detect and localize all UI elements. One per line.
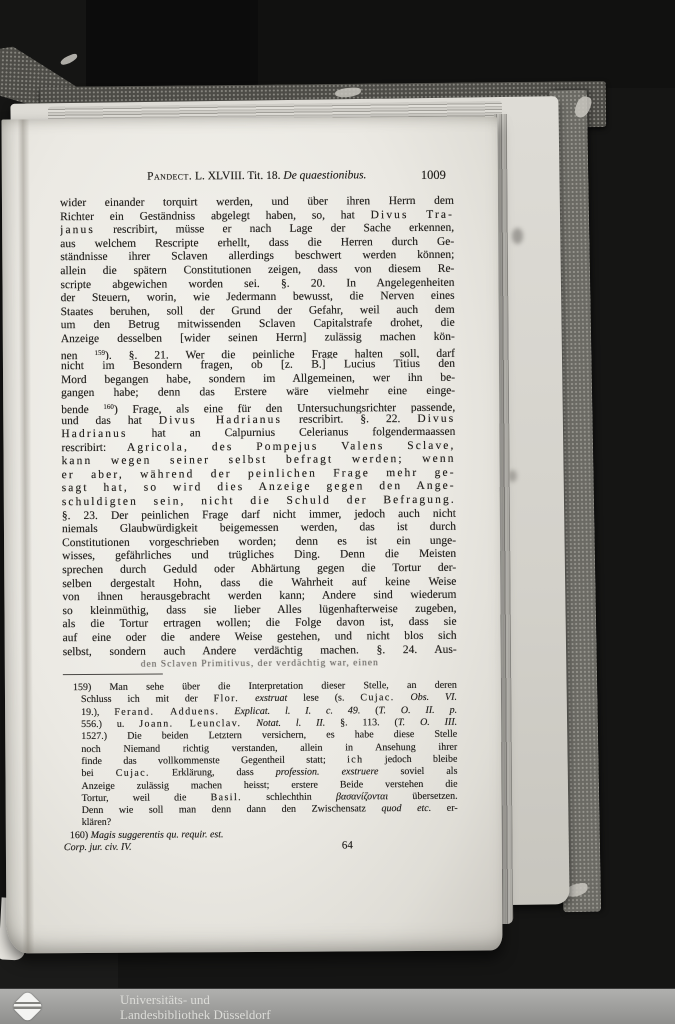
text-segment: 556.) u. [81,719,139,730]
text-segment: rescribirt, müsse er nach Lage der Sache… [95,222,454,236]
text-segment: Magis suggerentis qu. requir. est. [91,829,224,841]
library-name-line2: Landesbibliothek Düsseldorf [120,1007,271,1022]
photo-stage: Pandect. L. XLVIII. Tit. 18. De quaestio… [0,0,675,1024]
text-segment: Anzeige zulässig machen heisst; erstere … [81,778,457,791]
text-segment: Anzeige desselben [wider seinen Herrn] z… [61,331,455,345]
library-footer-bar: Universitäts- und Landesbibliothek Düsse… [0,988,675,1024]
text-segment: schuldigten sein, nicht die Schuld der B… [62,494,456,508]
text-segment: Mord begangen habe, sondern im Allgemein… [61,371,455,385]
text-segment: bende [61,404,103,415]
text-segment: hat an Calpurnius Celerianus folgenderma… [128,426,456,440]
signature-number: 64 [342,840,353,852]
text-segment: Corp. jur. civ. IV. [64,842,132,853]
text-segment: Explicat. l. I. c. 49. [234,705,360,717]
text-segment: aus welchem Rescripte erhellt, dass die … [60,236,454,250]
body-text: wider einander torquirt werden, und über… [60,195,457,660]
text-segment: er aber, während der peinlichen Frage me… [62,467,456,481]
text-segment: Joann. Leunclav. [139,718,241,730]
text-segment: nen [61,349,95,360]
text-segment: auf eine oder die andere Weise gestehen,… [63,630,457,644]
text-segment: T. O. III. [398,717,457,728]
text-segment: 159 [94,348,105,356]
text-segment: so kleinmüthig, dass sie lieber Alles lü… [62,603,456,617]
logo-diamond-icon [11,990,44,1023]
text-segment: 19.), [81,707,114,718]
text-segment: klären? [82,817,112,828]
text-segment: wider einander torquirt werden, und über… [60,195,454,209]
text-segment: exstruat [255,693,287,704]
text-segment [319,767,341,778]
page-stain [512,228,523,244]
text-segment: L. XLVIII. Tit. 18. [192,170,283,183]
text-segment: T. O. II. p. [379,705,458,716]
footnote-line: Corp. jur. civ. IV. [64,840,458,855]
cover-fray [59,53,78,67]
bleedthrough-ghost-text: den Sclaven Primitivus, der verdächtig w… [63,658,457,671]
text-segment: Basil. [211,792,243,803]
text-segment: noch Niemand richtig verstanden, allein … [81,741,457,754]
footnote-rule [63,674,163,676]
text-segment: der Steuern, worin, wie Jedermann bewuss… [61,290,455,304]
text-segment: Erklärung, dass [150,767,276,779]
text-segment: rescribirt: [61,441,127,453]
backdrop-shadow [86,0,258,86]
text-segment: 160) [70,830,91,841]
text-segment: Agricola, des Pompejus Valens Sclave, [127,439,456,453]
text-segment: übersetzen. [388,791,458,802]
text-segment: Divus Hadrianus [159,413,282,426]
text-segment: selben dergestalt Hohn, dass die Wahrhei… [62,575,456,589]
text-segment: Obs. VI. [410,692,457,703]
text-segment: schlechthin [242,791,336,803]
text-segment [219,706,234,717]
text-segment: Cujac. [360,693,394,704]
text-segment: quod etc. [381,803,431,814]
text-segment: §. 23. Der peinlichen Frage darf nicht i… [62,507,456,521]
text-segment: jedoch bleibe [363,754,457,766]
text-segment: von ihnen herausgebracht werden kann; An… [62,589,456,603]
text-segment: finde das vollkommenste Gegentheil statt… [81,754,347,767]
book-page: Pandect. L. XLVIII. Tit. 18. De quaestio… [1,116,502,953]
text-segment: nicht im Besondern fragen, ob [z. B.] Lu… [61,358,455,372]
text-segment: Divus [417,412,455,424]
text-segment: Tortur, weil die [82,792,211,804]
text-segment: Divus Tra- [371,208,455,221]
text-segment: Notat. l. II. [256,718,325,729]
text-segment: Denn wie soll man denn dann den Zwischen… [82,803,382,816]
text-block: Pandect. L. XLVIII. Tit. 18. De quaestio… [60,167,458,855]
ulb-duesseldorf-logo-icon [8,992,50,1022]
text-segment: ich [347,754,363,765]
text-segment: sagt hat, so wird dies Anzeige gegen den… [62,480,456,494]
body-text-line: selbst, sondern auch Andere verdächtig m… [63,643,457,659]
text-segment: 159) Man sehe über die Interpretation di… [73,680,457,693]
text-segment: De quaestionibus. [283,169,366,182]
text-segment: §. 113. ( [325,717,398,728]
text-segment: 1527.) Die beiden Letztern versichern, e… [81,729,457,742]
text-segment [239,693,255,704]
text-segment: 160 [103,403,114,411]
text-segment: soviel als [378,766,457,777]
gutter-crease [17,119,34,953]
text-segment: um den Betrug mitwissenden Sclaven Capit… [61,317,455,331]
text-segment: ständnisse ihrer Sclaven allerdings besc… [60,249,454,263]
text-segment: Hadrianus [61,428,127,440]
text-segment: ( [360,705,378,716]
running-header: Pandect. L. XLVIII. Tit. 18. De quaestio… [60,167,454,185]
text-segment: selbst, sondern auch Andere verdächtig m… [63,643,457,657]
running-title: Pandect. L. XLVIII. Tit. 18. De quaestio… [147,169,366,182]
text-segment: Cujac. [116,768,150,779]
text-segment: sprechen durch Geduld oder Abhärtung geg… [62,562,456,576]
text-segment: Pandect. [147,170,192,182]
text-segment: und das hat [61,414,159,427]
text-segment: niemals Glaubwürdigkeit beigemessen werd… [62,521,456,535]
text-segment: wisses, gefährliches und trügliches Ding… [62,548,456,562]
text-segment: gangen habe; denn das Erstere wäre vielm… [61,385,455,399]
text-segment: Constitutionen vorgeschrieben worden; de… [62,535,456,549]
text-segment: Richter ein Geständniss abgelegt haben, … [60,209,371,223]
text-segment [395,693,411,704]
text-segment: scripte abgewichen worden sei. §. 20. In… [60,276,454,290]
text-segment: Staates beruhen, soll der Grund der Gefa… [61,304,455,318]
text-segment: Ferand. Adduens. [114,706,219,718]
backdrop-shadow [258,0,675,88]
library-name-line1: Universitäts- und [120,992,271,1007]
text-segment: janus [60,224,95,236]
text-segment [241,718,256,729]
text-segment: allein die spätern Constitutionen zeigen… [60,263,454,277]
text-segment: bei [81,768,115,779]
text-segment: Flor. [214,694,240,705]
text-segment: βασανίζονται [336,791,388,802]
text-segment: Schluss ich mit der [81,694,214,706]
text-segment: lese (s. [287,693,360,704]
library-name: Universitäts- und Landesbibliothek Düsse… [120,992,271,1022]
text-segment: profession. [276,767,320,778]
text-segment: exstruere [342,766,379,777]
text-segment: rescribirt. §. 22. [282,412,417,425]
text-segment: als die Tortur ertragen wollen; die Folg… [63,616,457,630]
footnotes: 159) Man sehe über die Interpretation di… [63,680,458,855]
text-segment: kann wegen seiner selbst befragt werden;… [62,453,456,467]
page-number: 1009 [421,167,446,183]
text-segment: er- [431,803,458,814]
